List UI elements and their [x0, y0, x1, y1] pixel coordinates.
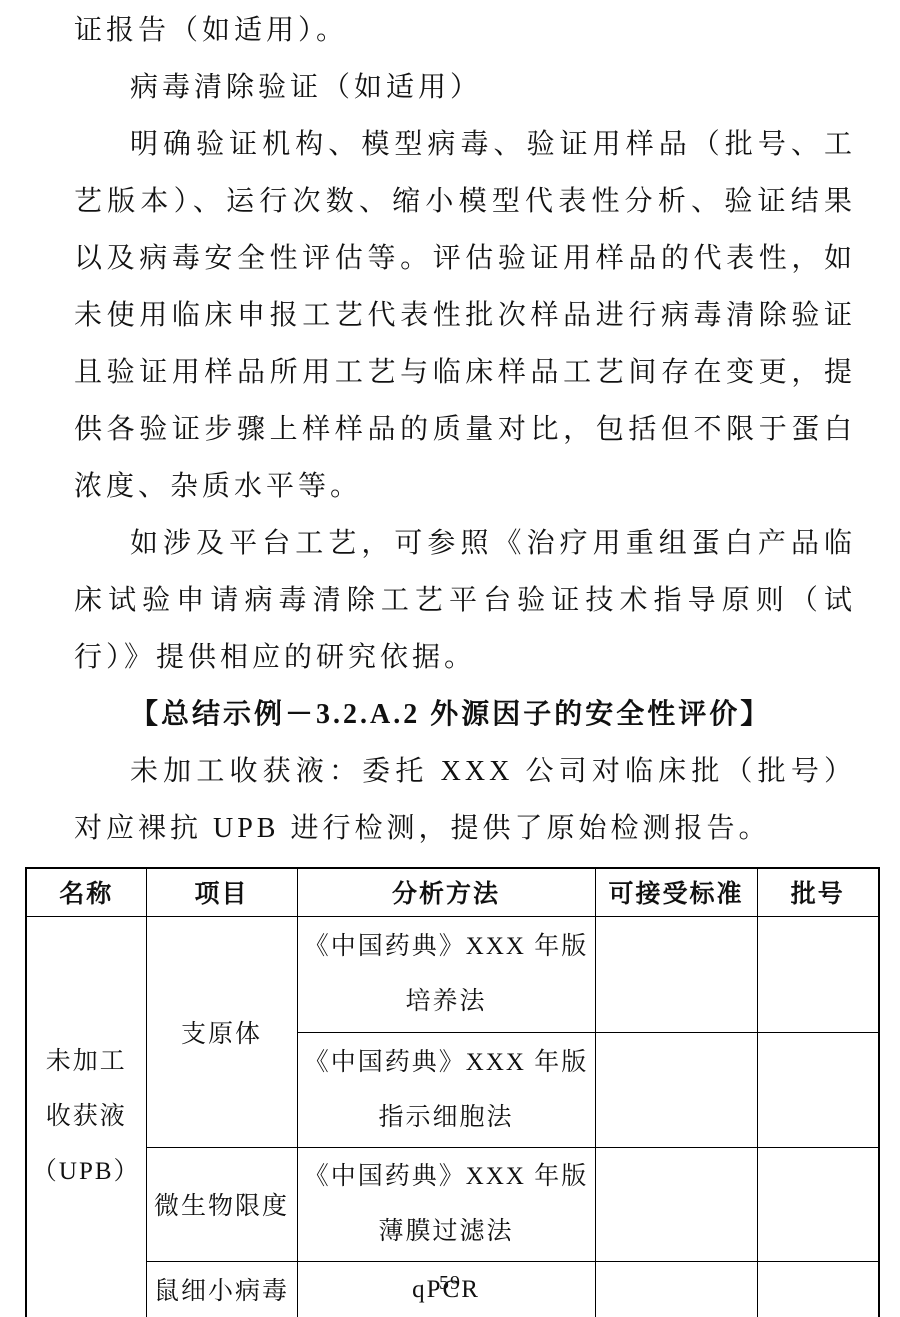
method-cell: 《中国药典》XXX 年版 薄膜过滤法 [297, 1147, 595, 1261]
paragraph-validation-details: 明确验证机构、模型病毒、验证用样品（批号、工艺版本）、运行次数、缩小模型代表性分… [74, 116, 856, 515]
method-line: 《中国药典》XXX 年版 [298, 1149, 595, 1204]
name-cell: 未加工 收获液 （UPB） [26, 916, 146, 1317]
method-cell: 《中国药典》XXX 年版 指示细胞法 [297, 1032, 595, 1147]
acceptance-cell [595, 1147, 757, 1261]
table-header-method: 分析方法 [297, 868, 595, 916]
table-header-acceptance: 可接受标准 [595, 868, 757, 916]
item-cell-microbial-limit: 微生物限度 [146, 1147, 297, 1261]
item-cell-mycoplasma: 支原体 [146, 916, 297, 1147]
paragraph-platform-process: 如涉及平台工艺，可参照《治疗用重组蛋白产品临床试验申请病毒清除工艺平台验证技术指… [74, 515, 856, 686]
method-line: 《中国药典》XXX 年版 [298, 1035, 595, 1090]
table-header-batch: 批号 [757, 868, 879, 916]
table-row: 微生物限度 《中国药典》XXX 年版 薄膜过滤法 [26, 1147, 879, 1261]
table-header-row: 名称 项目 分析方法 可接受标准 批号 [26, 868, 879, 916]
section-heading: 【总结示例－3.2.A.2 外源因子的安全性评价】 [74, 686, 856, 743]
upb-analysis-table: 名称 项目 分析方法 可接受标准 批号 未加工 收获液 （UPB） 支原体 《中… [25, 867, 880, 1317]
paragraph-virus-clearance-title: 病毒清除验证（如适用） [74, 59, 856, 116]
document-body: 证报告（如适用）。 病毒清除验证（如适用） 明确验证机构、模型病毒、验证用样品（… [0, 0, 900, 857]
method-line: 指示细胞法 [298, 1090, 595, 1145]
paragraph-continuation: 证报告（如适用）。 [74, 2, 856, 59]
document-page: 证报告（如适用）。 病毒清除验证（如适用） 明确验证机构、模型病毒、验证用样品（… [0, 0, 900, 1317]
acceptance-cell [595, 916, 757, 1032]
batch-cell [757, 916, 879, 1032]
table-header-name: 名称 [26, 868, 146, 916]
acceptance-cell [595, 1032, 757, 1147]
paragraph-upb-testing: 未加工收获液：委托 XXX 公司对临床批（批号）对应裸抗 UPB 进行检测，提供… [74, 743, 856, 857]
name-cell-line: 收获液 [27, 1089, 146, 1144]
name-cell-line: 未加工 [27, 1034, 146, 1089]
method-line: 薄膜过滤法 [298, 1204, 595, 1259]
table-header-item: 项目 [146, 868, 297, 916]
method-cell: 《中国药典》XXX 年版 培养法 [297, 916, 595, 1032]
batch-cell [757, 1147, 879, 1261]
page-number: 59 [0, 1272, 900, 1295]
table-row: 未加工 收获液 （UPB） 支原体 《中国药典》XXX 年版 培养法 [26, 916, 879, 1032]
name-cell-line: （UPB） [27, 1144, 146, 1199]
batch-cell [757, 1032, 879, 1147]
method-line: 《中国药典》XXX 年版 [298, 919, 595, 974]
method-line: 培养法 [298, 974, 595, 1029]
